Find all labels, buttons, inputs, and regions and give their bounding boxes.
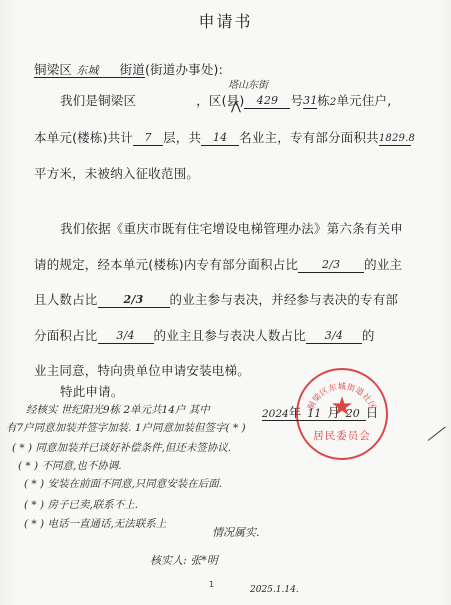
para2-line3: 且人数占比2/3的业主参与表决，并经参与表决的专有部: [34, 290, 398, 308]
para1-line1: 我们是铜梁区，区(县)429号31栋2单元住户,: [60, 91, 391, 109]
area-blank: 1829.8: [379, 131, 411, 146]
note-line-7: ( * ) 电话一直通话,无法联系上: [24, 516, 166, 531]
para2-line5: 业主同意，特向贵单位申请安装电梯。: [34, 361, 250, 379]
voted-area-ratio-blank: 3/4: [98, 329, 154, 344]
street-handwritten: 东城: [76, 64, 98, 77]
note-line-1: 经核实 世纪阳光9栋 2单元共14户 其中: [26, 402, 210, 417]
note-line-3: ( * ) 同意加装并已谈好补偿条件,但还未签协议.: [12, 440, 231, 455]
district-label: 铜梁区: [34, 62, 72, 77]
para2-line2: 请的规定，经本单元(楼栋)内专有部分面积占比2/3的业主: [34, 255, 402, 273]
date-year: 2024: [262, 408, 289, 421]
page-title: 申请书: [0, 9, 451, 32]
area-ratio-blank: 2/3: [298, 258, 364, 273]
insert-handwritten: 塔山东街: [228, 76, 268, 91]
para1-prefix: 我们是铜梁区: [60, 93, 136, 108]
para2-line4: 分面积占比3/4的业主且参与表决人数占比3/4的: [34, 326, 375, 344]
note-line-5: ( * ) 安装在前面不同意,只同意安装在后面.: [24, 476, 222, 491]
para1-line2: 本单元(楼栋)共计7层，共14名业主，专有部分面积共1829.8: [34, 128, 411, 146]
district-county-label: ，区(县): [196, 93, 244, 108]
document-page: 申请书 铜梁区 东城 街道(街道办事处): 塔山东街 ⋀ 我们是铜梁区，区(县)…: [0, 0, 451, 605]
verify-date: 2025.1.14.: [250, 585, 299, 595]
floors-blank: 7: [133, 131, 163, 146]
date-line: 2024年11月20日: [262, 403, 378, 421]
page-number: 1: [209, 580, 214, 589]
date-month: 11: [307, 407, 321, 420]
building-blank: 31: [303, 94, 317, 109]
note-line-6: ( * ) 房子已卖,联系不上.: [24, 497, 138, 512]
para1-line3: 平方米，未被纳入征收范围。: [34, 164, 199, 182]
verification-note: 情况属实.: [212, 524, 260, 540]
note-line-4: ( * ) 不同意,也不协调.: [18, 458, 122, 473]
closing-text: 特此申请。: [60, 382, 124, 400]
people-ratio-blank: 2/3: [98, 293, 170, 308]
stamp-bottom-text: 居民委员会: [298, 428, 386, 443]
para2-line1: 我们依据《重庆市既有住宅增设电梯管理办法》第六条有关申: [60, 219, 403, 237]
voted-people-ratio-blank: 3/4: [306, 329, 362, 344]
owners-blank: 14: [201, 131, 239, 146]
addressee-line: 铜梁区 东城 街道(街道办事处):: [34, 60, 223, 78]
street-label: 街道: [120, 62, 145, 77]
verifier-label: 核实人:: [150, 554, 187, 567]
verifier-name: 张*明: [190, 554, 218, 567]
addressee-street: 铜梁区 东城 街道: [34, 62, 145, 78]
date-day: 20: [346, 407, 360, 420]
verifier-line: 核实人: 张*明: [150, 552, 218, 568]
addressee-suffix: (街道办事处):: [145, 62, 223, 77]
decorative-slash: [428, 427, 446, 441]
note-line-2: 有7户同意加装并签字加装. 1户同意加装但签字( * ): [6, 420, 246, 435]
number-blank: 429: [244, 94, 290, 109]
